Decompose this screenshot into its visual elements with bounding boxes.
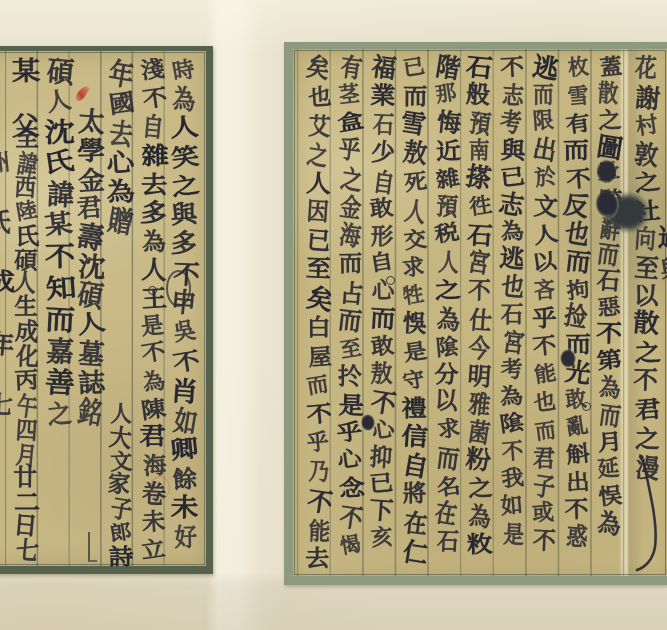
glyph: 石 [370, 111, 392, 136]
glyph: 粉 [462, 444, 489, 472]
glyph: 沈 [40, 118, 71, 146]
glyph: 之 [431, 278, 459, 302]
glyph: 碩 [73, 278, 103, 311]
glyph: 南 [466, 138, 487, 162]
glyph: 拘 [563, 277, 588, 301]
glyph: 散 [629, 309, 657, 337]
glyph: 海 [336, 220, 361, 249]
glyph: 不 [41, 241, 72, 269]
glyph: 肖 [168, 376, 198, 405]
glyph: 預 [466, 108, 490, 136]
glyph: 笑 [168, 143, 198, 169]
calligraphy-column: 枚雪有而不反也而拘捡而光敢亂斛出不惑 [556, 55, 587, 575]
glyph: 愒 [336, 532, 360, 556]
glyph: 將 [400, 481, 424, 505]
glyph: 石 [434, 529, 457, 554]
glyph: 乎 [529, 306, 554, 329]
revision-blob [594, 188, 619, 219]
glyph: 禮 [399, 395, 425, 418]
glyph: 自 [369, 167, 394, 195]
glyph: 時 [169, 57, 195, 83]
glyph: 與 [657, 256, 667, 281]
glyph: 悔 [433, 109, 459, 136]
glyph: 預 [433, 193, 456, 219]
glyph: 雜 [432, 166, 458, 190]
glyph: 或 [529, 500, 552, 524]
glyph: 不 [530, 527, 554, 553]
glyph: 枚 [565, 54, 588, 78]
glyph: 在 [400, 509, 426, 537]
glyph: 之 [168, 172, 199, 199]
glyph: 太 [75, 107, 103, 136]
glyph: 業 [368, 82, 394, 107]
glyph: 文 [108, 450, 131, 473]
glyph: 石 [462, 53, 491, 81]
glyph: 吝 [531, 278, 554, 302]
glyph: 有 [562, 111, 589, 135]
glyph: 隂 [432, 334, 457, 358]
glyph: 大 [107, 424, 132, 450]
glyph: 不 [169, 348, 199, 375]
glyph: 七 [0, 391, 11, 417]
glyph: 宮 [499, 328, 524, 356]
glyph: 而 [41, 304, 72, 334]
glyph: 七 [13, 537, 38, 564]
glyph: 與 [168, 201, 196, 227]
glyph: 死 [401, 169, 426, 193]
glyph: 悞 [400, 310, 425, 335]
glyph: 為 [498, 219, 522, 243]
revision-blob [559, 348, 577, 369]
glyph: 不 [139, 85, 166, 110]
red-correction-mark [74, 84, 90, 103]
glyph: 我 [498, 466, 522, 490]
glyph: 人 [167, 114, 197, 140]
glyph: 至 [13, 126, 37, 150]
glyph: 已 [366, 471, 392, 495]
glyph: 搽 [462, 162, 491, 192]
glyph: 氏 [0, 207, 9, 234]
glyph: 不 [137, 340, 164, 365]
calligraphy-column: 不志考與已志為逃也石宮考為隂不我如是 [491, 55, 522, 573]
glyph: 敢 [366, 196, 392, 220]
faded-red-circle [150, 476, 170, 500]
glyph: 求 [399, 255, 423, 279]
glyph: 之 [631, 339, 658, 364]
glyph: 午 [13, 391, 37, 419]
glyph: 蓋 [596, 54, 620, 78]
glyph: 而 [303, 372, 327, 396]
glyph: 淺 [137, 56, 163, 81]
glyph: 村 [632, 113, 657, 138]
glyph: 敢 [367, 334, 392, 358]
glyph: 謝 [632, 83, 659, 111]
reading-circle [582, 402, 591, 411]
glyph: 年 [104, 56, 133, 89]
glyph: 已 [399, 55, 424, 79]
glyph: 名 [433, 474, 459, 498]
glyph: 限 [530, 108, 553, 132]
glyph: 而 [401, 84, 425, 108]
glyph: 有 [337, 53, 362, 81]
glyph: 善 [41, 367, 72, 397]
glyph: 不 [593, 320, 619, 345]
reading-circle [386, 276, 395, 285]
glyph: 好 [172, 524, 195, 550]
glyph: 之 [43, 399, 69, 427]
glyph: 壽 [73, 219, 104, 252]
glyph: 艾 [305, 113, 328, 138]
glyph: 年 [0, 329, 13, 357]
glyph: 而 [560, 138, 586, 162]
glyph: 不 [562, 496, 587, 520]
glyph: 知 [41, 273, 73, 301]
glyph: 而 [531, 418, 554, 442]
glyph: 而 [334, 306, 360, 334]
calligraphy-column: 逃而限出於文人以吝乎不能也而君子或不 [523, 55, 554, 575]
glyph: 為 [465, 502, 490, 530]
glyph: 氏 [38, 147, 72, 176]
glyph: 家 [106, 471, 130, 496]
glyph: 某 [40, 210, 70, 238]
glyph: 不 [499, 438, 522, 462]
calligraphy-column: 淺不自雜去多為人王是不為陳君海卷未立 [131, 57, 163, 580]
glyph: 近 [433, 139, 459, 163]
glyph: 仕 [466, 306, 490, 332]
glyph: 茎 [335, 82, 358, 106]
glyph: 考 [496, 107, 521, 136]
glyph: 心 [103, 148, 133, 175]
glyph: 吳 [170, 318, 195, 344]
glyph: 人 [435, 249, 457, 275]
glyph: 不 [303, 401, 330, 425]
glyph: 生 [12, 294, 35, 318]
glyph: 抑 [367, 443, 391, 469]
glyph: 去 [106, 118, 133, 149]
glyph: 為 [170, 84, 194, 112]
glyph: 交 [400, 228, 425, 252]
end-bracket-mark [88, 532, 97, 562]
glyph: 之 [303, 140, 327, 169]
calligraphy-column: 石般預南搽徃石宮不仕今明雅菌粉之為敉 [458, 55, 489, 580]
flourish-stroke [630, 455, 667, 575]
glyph: 為 [433, 305, 459, 333]
glyph: 誌 [75, 369, 103, 396]
glyph: 郎 [107, 520, 132, 543]
glyph: 自 [139, 112, 163, 140]
glyph: 墓 [75, 338, 103, 368]
glyph: 反 [559, 190, 588, 220]
glyph: 碩 [42, 55, 71, 86]
glyph: 也 [530, 390, 554, 414]
glyph: 石 [593, 267, 618, 293]
glyph: 能 [306, 518, 328, 543]
glyph: 矣 [302, 283, 332, 313]
glyph: 金 [75, 166, 103, 193]
glyph: 乎 [335, 135, 360, 163]
glyph: 雪 [397, 108, 425, 137]
glyph: 氏 [12, 224, 37, 248]
glyph: 福 [368, 52, 395, 80]
glyph: 捡 [560, 300, 587, 329]
glyph: 日 [10, 511, 36, 538]
glyph: 為 [596, 374, 619, 400]
glyph: 之 [633, 425, 658, 450]
glyph: 多 [168, 228, 196, 257]
glyph: 贈 [104, 203, 133, 236]
glyph: 敉 [464, 532, 491, 556]
glyph: 為 [594, 508, 621, 537]
glyph: 守 [398, 367, 423, 391]
glyph: 未 [139, 509, 164, 534]
glyph: 是 [336, 392, 362, 417]
glyph: 人 [303, 170, 329, 195]
glyph: 不 [465, 277, 488, 302]
glyph: 花 [632, 54, 655, 80]
glyph: 不 [563, 166, 589, 190]
glyph: 出 [563, 470, 588, 494]
calligraphy-column: 人大文家子郎詩 [100, 402, 130, 588]
glyph: 文 [531, 193, 557, 219]
glyph: 分 [432, 361, 456, 385]
glyph: 悮 [595, 483, 621, 507]
calligraphy-column: 蓋散之圖暈騎辭而石惡不第為而月延悮為 [588, 55, 619, 560]
glyph: 矣 [303, 52, 329, 81]
glyph: 詩 [107, 545, 132, 568]
glyph: 以 [432, 387, 456, 412]
glyph: 月 [594, 429, 620, 453]
calligraphy-column: 時為人笑之與多不申吳不肖如卿餘未好 [163, 57, 196, 577]
glyph: 去 [303, 546, 327, 570]
glyph: 至 [303, 256, 329, 281]
glyph: 也 [305, 84, 329, 108]
glyph: 多 [137, 197, 166, 227]
glyph: 丙 [11, 368, 36, 392]
glyph: 也 [561, 218, 589, 248]
calligraphy-column: 碩人沈氏諱某不知而嘉善之 [35, 57, 70, 450]
glyph: 至 [336, 336, 360, 360]
glyph: 税 [431, 221, 458, 245]
glyph: 惑 [563, 522, 586, 548]
glyph: 是 [400, 340, 426, 364]
glyph: 立 [137, 536, 164, 561]
glyph: 而 [562, 247, 590, 275]
glyph: 隂 [496, 410, 523, 434]
glyph: 考 [498, 357, 521, 381]
glyph: 君 [136, 423, 163, 448]
glyph: 以 [528, 250, 555, 274]
revision-blob [360, 413, 376, 432]
glyph: 陳 [137, 396, 164, 421]
glyph: 那 [432, 81, 456, 105]
glyph: 餘 [170, 465, 197, 491]
glyph: 在 [431, 498, 457, 527]
glyph: 屋 [305, 344, 330, 368]
glyph: 扵 [335, 364, 359, 388]
glyph: 自 [398, 450, 428, 480]
glyph: 陸 [12, 199, 37, 223]
glyph: 不 [367, 387, 396, 416]
glyph: 君 [530, 445, 553, 469]
glyph: 心 [333, 446, 360, 470]
glyph: 與 [498, 137, 523, 162]
glyph: 惡 [594, 294, 619, 318]
glyph: 敦 [631, 140, 657, 168]
glyph: 雜 [139, 143, 167, 168]
revision-blob [595, 158, 618, 185]
glyph: 雅 [465, 390, 489, 417]
glyph: 出 [529, 133, 556, 162]
glyph: 也 [498, 272, 524, 300]
glyph: 是 [501, 521, 523, 546]
glyph: 敖 [399, 138, 426, 166]
glyph: 金 [336, 193, 360, 221]
glyph: 少 [368, 138, 394, 165]
glyph: 人 [109, 402, 130, 425]
glyph: 乃 [306, 458, 327, 483]
glyph: 而 [336, 251, 360, 275]
glyph: 志 [494, 188, 523, 218]
glyph: 石 [498, 301, 521, 325]
glyph: 牲 [399, 282, 423, 306]
glyph: 明 [464, 362, 489, 388]
circle-annotation [166, 270, 191, 307]
glyph: 占 [337, 279, 362, 305]
glyph: 如 [497, 493, 521, 517]
glyph: 成 [12, 317, 37, 343]
glyph: 不 [497, 55, 522, 79]
glyph: 仁 [399, 537, 428, 567]
glyph: 而 [593, 239, 618, 267]
calligraphy-column: 矣也艾之人因已至矣白屋而不乎乃不能去 [297, 55, 328, 590]
glyph: 宮 [464, 247, 490, 276]
glyph: 亥 [368, 524, 392, 548]
glyph: 念 [336, 475, 363, 499]
glyph: 已 [496, 165, 523, 189]
glyph: 因 [304, 198, 328, 224]
glyph: 能 [530, 361, 555, 385]
calligraphy-layer: 時為人笑之與多不申吳不肖如卿餘未好淺不自雜去多為人王是不為陳君海卷未立年國去心為… [0, 0, 667, 630]
glyph: 而 [367, 305, 394, 331]
glyph: 為 [139, 368, 164, 393]
glyph: 人 [72, 309, 104, 337]
glyph: 為 [140, 229, 164, 253]
reading-circle [148, 286, 157, 295]
glyph: 月 [13, 441, 36, 468]
glyph: 如 [170, 405, 198, 437]
glyph: 而 [531, 82, 552, 105]
glyph: 是 [138, 312, 162, 337]
glyph: 君 [73, 194, 100, 221]
glyph: 人 [41, 87, 69, 115]
glyph: 州 [0, 150, 9, 175]
glyph: 為 [103, 177, 132, 204]
calligraphy-column: 過與 [648, 225, 667, 305]
glyph: 志 [499, 82, 522, 108]
glyph: 未 [168, 494, 196, 520]
glyph: 四 [13, 417, 36, 443]
calligraphy-column: 階那悔近雜預税人之為隂分以求而名在石 [426, 55, 457, 575]
glyph: 亂 [562, 413, 587, 437]
glyph: 而 [595, 400, 620, 428]
glyph: 已 [303, 226, 329, 253]
glyph: 學 [74, 137, 103, 164]
glyph: 沈 [75, 251, 103, 280]
glyph: 不 [529, 333, 555, 357]
glyph: 為 [496, 383, 521, 407]
calligraphy-column: 已而雪敖死人交求牲悞是守禮信自將在仁 [393, 55, 424, 585]
glyph: 化 [13, 343, 37, 369]
glyph: 某 [9, 57, 38, 84]
glyph: 石 [464, 221, 491, 247]
glyph: 今 [465, 333, 489, 361]
glyph: 子 [529, 471, 554, 500]
glyph: 乎 [304, 429, 328, 453]
glyph: 圖 [592, 132, 621, 162]
glyph: 成 [0, 269, 12, 294]
calligraphy-column: 有茎盒乎之金海而占而至扵是乎心念不愒 [329, 55, 360, 580]
glyph: 西 [11, 173, 34, 199]
glyph: 第 [593, 347, 621, 372]
glyph: 人 [529, 222, 557, 246]
glyph: 求 [434, 416, 459, 440]
glyph: 不 [336, 502, 362, 531]
glyph: 逃 [528, 52, 558, 82]
calligraphy-column: 州氏成年七 [0, 150, 10, 470]
glyph: 敖 [368, 361, 390, 384]
glyph: 之 [337, 164, 362, 193]
glyph: 之 [595, 108, 619, 132]
glyph: 信 [398, 422, 426, 448]
glyph: 君 [631, 396, 659, 421]
glyph: 而 [433, 443, 458, 471]
glyph: 自 [366, 250, 393, 274]
glyph: 逃 [496, 244, 523, 271]
glyph: 卿 [167, 435, 198, 462]
glyph: 盒 [333, 109, 362, 134]
glyph: 不 [630, 366, 655, 392]
glyph: 過 [654, 224, 667, 250]
glyph: 嘉 [42, 336, 71, 366]
glyph: 形 [368, 223, 390, 247]
glyph: 乎 [333, 419, 361, 443]
glyph: 階 [432, 52, 460, 81]
glyph: 人 [138, 256, 165, 282]
glyph: 不 [303, 486, 332, 515]
glyph: 菌 [464, 417, 489, 446]
glyph: 海 [140, 452, 165, 477]
glyph: 國 [105, 90, 134, 117]
glyph: 散 [595, 80, 617, 106]
glyph: 廿 [11, 465, 35, 489]
glyph: 般 [463, 80, 488, 106]
glyph: 延 [594, 456, 617, 480]
glyph: 諱 [43, 179, 72, 209]
manuscript-photo: 時為人笑之與多不申吳不肖如卿餘未好淺不自雜去多為人王是不為陳君海卷未立年國去心為… [0, 0, 667, 630]
glyph: 銘 [74, 394, 102, 427]
glyph: 於 [531, 165, 555, 189]
glyph: 之 [465, 475, 490, 499]
glyph: 雪 [565, 83, 588, 107]
glyph: 二 [11, 490, 37, 514]
glyph: 去 [138, 171, 165, 196]
glyph: 斛 [562, 441, 588, 465]
glyph: 徃 [465, 194, 490, 218]
glyph: 子 [108, 494, 133, 522]
glyph: 白 [304, 315, 328, 339]
glyph: 人 [401, 197, 426, 226]
glyph: 下 [366, 496, 392, 522]
